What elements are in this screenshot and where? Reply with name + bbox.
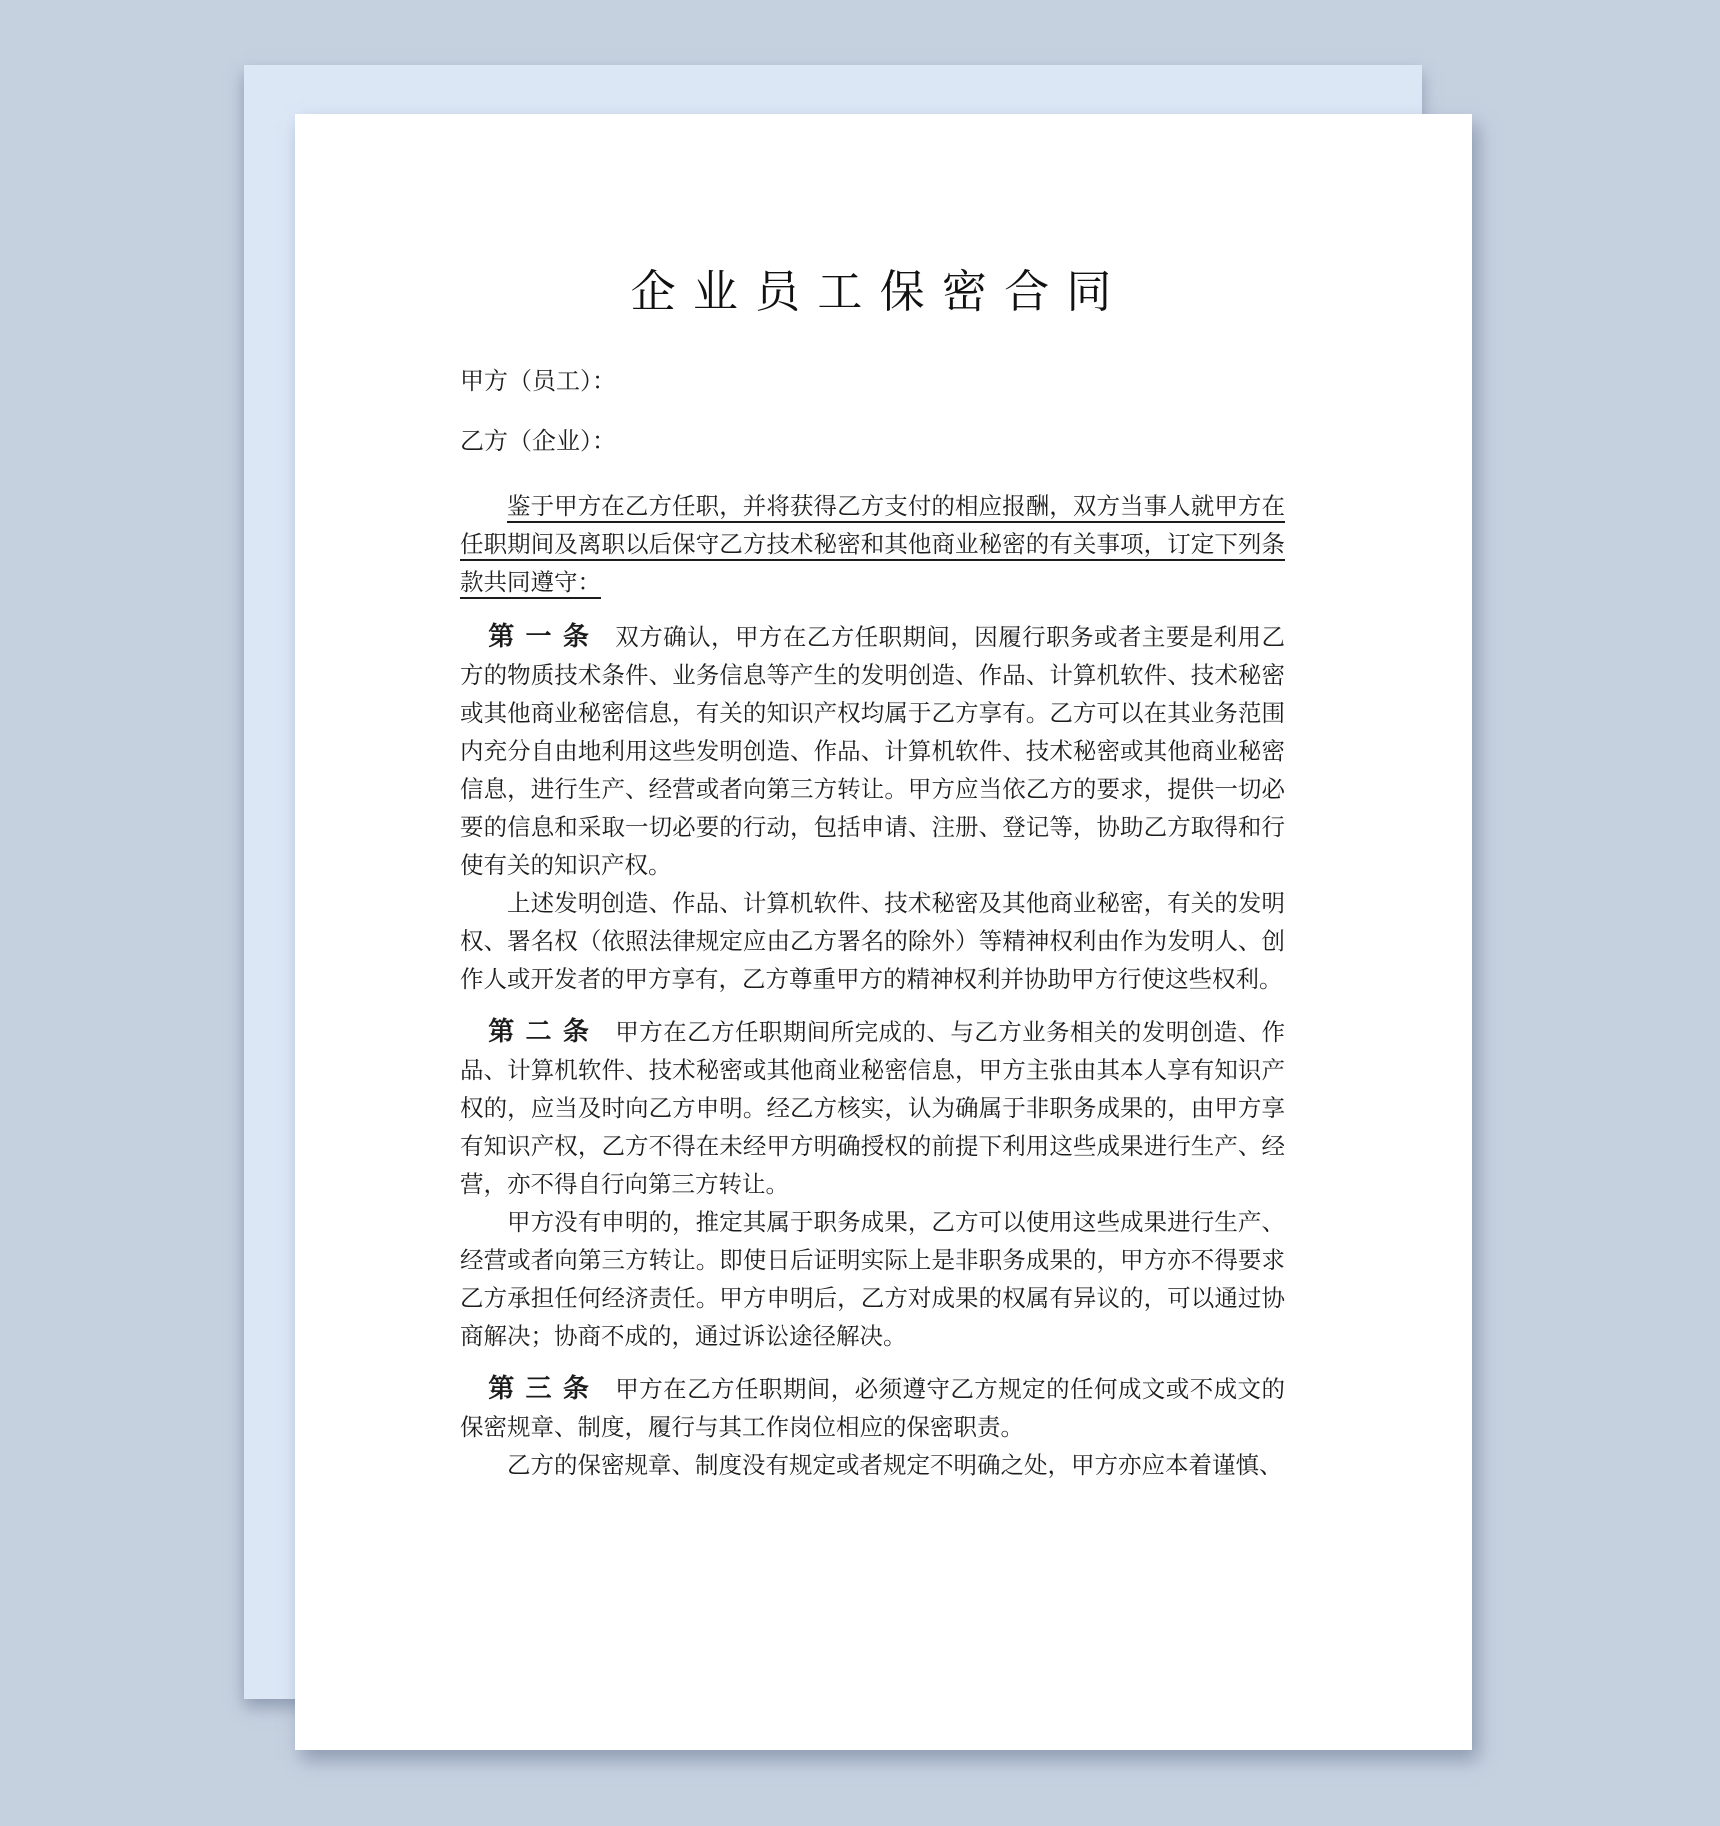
intro-text: 鉴于甲方在乙方任职，并将获得乙方支付的相应报酬，双方当事人就甲方在任职期间及离职… [460,494,1285,596]
clause-paragraph: 第 一 条 双方确认，甲方在乙方任职期间，因履行职务或者主要是利用乙方的物质技术… [460,618,1285,885]
clause-paragraph: 第 二 条 甲方在乙方任职期间所完成的、与乙方业务相关的发明创造、作品、计算机软… [460,1013,1285,1204]
contract-paragraph: 甲方没有申明的，推定其属于职务成果，乙方可以使用这些成果进行生产、经营或者向第三… [460,1204,1285,1356]
clause-text: 甲方在乙方任职期间所完成的、与乙方业务相关的发明创造、作品、计算机软件、技术秘密… [460,1020,1285,1198]
clause-heading: 第 二 条 [488,1017,591,1046]
contract-paragraph: 上述发明创造、作品、计算机软件、技术秘密及其他商业秘密，有关的发明权、署名权（依… [460,885,1285,999]
clause-paragraph: 第 三 条 甲方在乙方任职期间，必须遵守乙方规定的任何成文或不成文的保密规章、制… [460,1370,1285,1447]
party-a-label: 甲方（员工）： [460,366,1285,398]
clause-text: 双方确认，甲方在乙方任职期间，因履行职务或者主要是利用乙方的物质技术条件、业务信… [460,625,1285,879]
clause-heading: 第 一 条 [488,622,591,651]
page-title: 企 业 员 工 保 密 合 同 [460,264,1285,320]
clause-text: 上述发明创造、作品、计算机软件、技术秘密及其他商业秘密，有关的发明权、署名权（依… [460,891,1285,993]
clause-heading: 第 三 条 [488,1374,591,1403]
contract-body: 第 一 条 双方确认，甲方在乙方任职期间，因履行职务或者主要是利用乙方的物质技术… [460,618,1285,1485]
intro-paragraph: 鉴于甲方在乙方任职，并将获得乙方支付的相应报酬，双方当事人就甲方在任职期间及离职… [460,488,1285,602]
contract-paragraph: 乙方的保密规章、制度没有规定或者规定不明确之处，甲方亦应本着谨慎、 [460,1447,1285,1485]
contract-page: 企 业 员 工 保 密 合 同 甲方（员工）： 乙方（企业）： 鉴于甲方在乙方任… [295,114,1472,1750]
clause-text: 乙方的保密规章、制度没有规定或者规定不明确之处，甲方亦应本着谨慎、 [507,1453,1283,1479]
party-b-label: 乙方（企业）： [460,426,1285,458]
desktop-background: { "background": { "canvas_color": "#c6d1… [0,0,1720,1826]
clause-text: 甲方没有申明的，推定其属于职务成果，乙方可以使用这些成果进行生产、经营或者向第三… [460,1210,1285,1350]
